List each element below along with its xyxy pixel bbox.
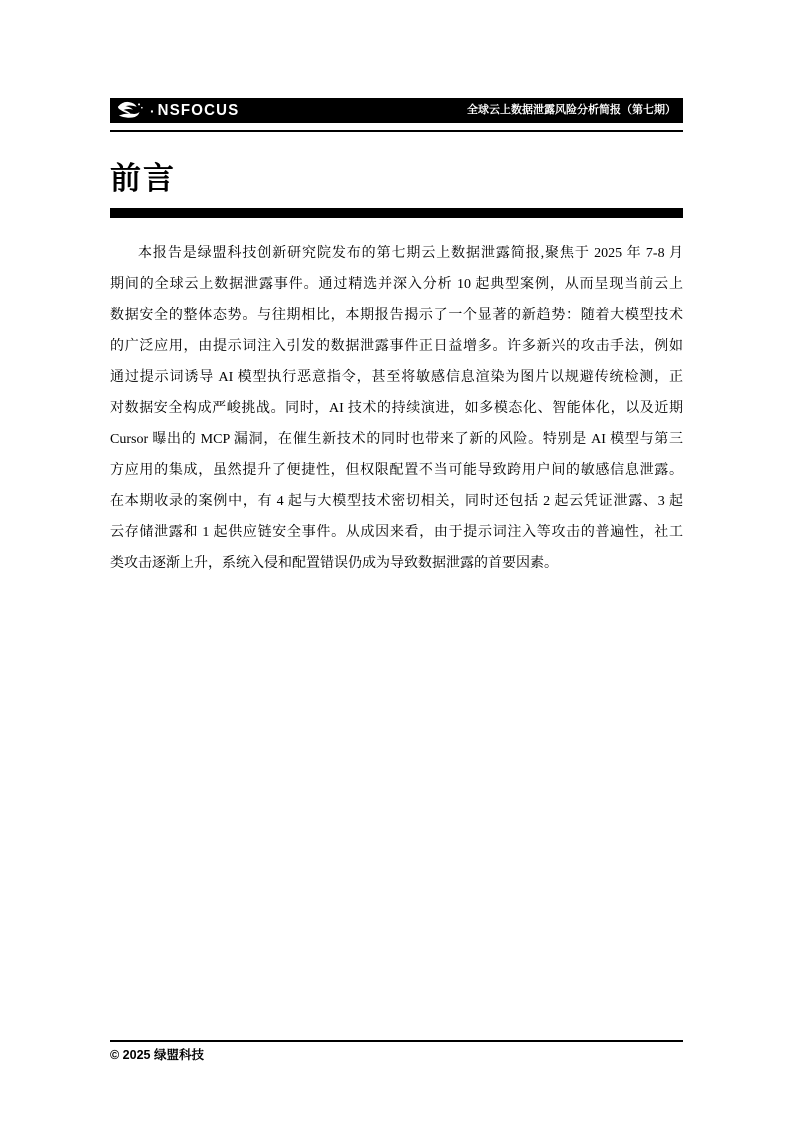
report-title: 全球云上数据泄露风险分析简报（第七期） bbox=[467, 105, 676, 116]
swallow-bird-icon bbox=[117, 100, 147, 121]
paragraph-line: 的广泛应用，由提示词注入引发的数据泄露事件正日益增多。许多新兴的攻击手法，例如 bbox=[110, 331, 683, 362]
logo-dot: · bbox=[150, 104, 155, 118]
paragraph-line: 云存储泄露和 1 起供应链安全事件。从成因来看，由于提示词注入等攻击的普遍性，社… bbox=[110, 517, 683, 548]
title-divider-bar bbox=[110, 208, 683, 218]
logo-text: NSFOCUS bbox=[158, 103, 240, 119]
footer-rule bbox=[110, 1040, 683, 1042]
paragraph-line: 方应用的集成，虽然提升了便捷性，但权限配置不当可能导致跨用户间的敏感信息泄露。 bbox=[110, 455, 683, 486]
header-rule bbox=[110, 130, 683, 132]
document-page: · NSFOCUS 全球云上数据泄露风险分析简报（第七期） 前言 本报告是绿盟科… bbox=[0, 0, 793, 1122]
paragraph-line: 通过提示词诱导 AI 模型执行恶意指令，甚至将敏感信息渲染为图片以规避传统检测，… bbox=[110, 362, 683, 393]
nsfocus-logo: · NSFOCUS bbox=[117, 100, 239, 121]
paragraph-line: Cursor 曝出的 MCP 漏洞，在催生新技术的同时也带来了新的风险。特别是 … bbox=[110, 424, 683, 455]
section-title: 前言 bbox=[110, 161, 176, 197]
paragraph-line: 数据安全的整体态势。与往期相比，本期报告揭示了一个显著的新趋势：随着大模型技术 bbox=[110, 300, 683, 331]
copyright-text: © 2025 绿盟科技 bbox=[110, 1046, 204, 1064]
paragraph-line: 在本期收录的案例中，有 4 起与大模型技术密切相关，同时还包括 2 起云凭证泄露… bbox=[110, 486, 683, 517]
header-bar: · NSFOCUS 全球云上数据泄露风险分析简报（第七期） bbox=[110, 98, 683, 123]
paragraph-line: 本报告是绿盟科技创新研究院发布的第七期云上数据泄露简报,聚焦于 2025 年 7… bbox=[110, 238, 683, 269]
paragraph-line: 期间的全球云上数据泄露事件。通过精选并深入分析 10 起典型案例，从而呈现当前云… bbox=[110, 269, 683, 300]
preface-paragraph: 本报告是绿盟科技创新研究院发布的第七期云上数据泄露简报,聚焦于 2025 年 7… bbox=[110, 238, 683, 579]
paragraph-line: 对数据安全构成严峻挑战。同时，AI 技术的持续演进，如多模态化、智能体化，以及近… bbox=[110, 393, 683, 424]
paragraph-line: 类攻击逐渐上升，系统入侵和配置错误仍成为导致数据泄露的首要因素。 bbox=[110, 548, 683, 579]
